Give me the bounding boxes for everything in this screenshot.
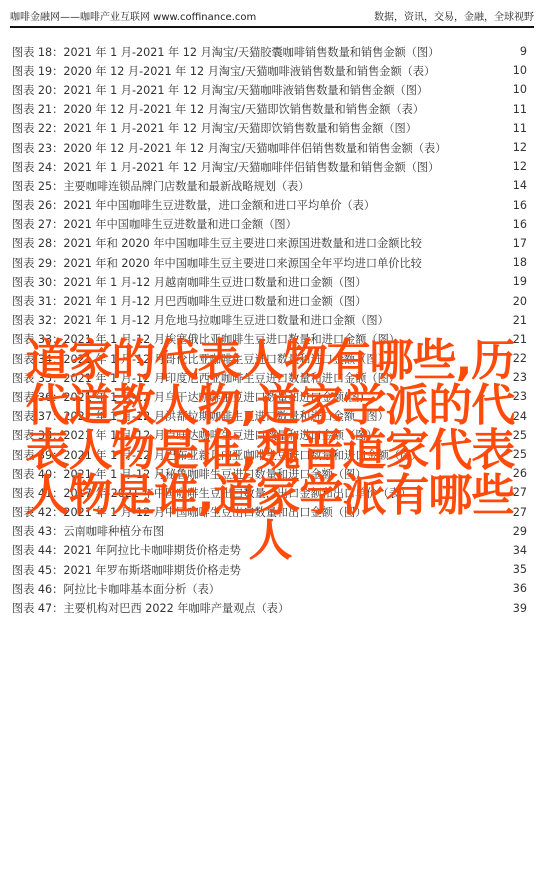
toc-entry-label: 图表 45：2021 年罗布斯塔咖啡期货价格走势 xyxy=(12,562,241,578)
toc-entry[interactable]: 图表 19：2020 年 12 月-2021 年 12 月淘宝/天猫咖啡液销售数… xyxy=(12,61,527,80)
header-tagline: 数据，资讯，交易，金融，全球视野 xyxy=(374,8,534,23)
toc-entry-label: 图表 46：阿拉比卡咖啡基本面分析（表） xyxy=(12,581,220,597)
toc-entry-page: 35 xyxy=(497,563,527,576)
toc-entry[interactable]: 图表 32：2021 年 1 月-12 月危地马拉咖啡生豆进口数量和进口金额（图… xyxy=(12,311,527,330)
toc-entry-label: 图表 23：2020 年 12 月-2021 年 12 月淘宝/天猫咖啡伴侣销售… xyxy=(12,140,446,156)
toc-entry[interactable]: 图表 21：2020 年 12 月-2021 年 12 月淘宝/天猫即饮销售数量… xyxy=(12,100,527,119)
toc-entry[interactable]: 图表 23：2020 年 12 月-2021 年 12 月淘宝/天猫咖啡伴侣销售… xyxy=(12,138,527,157)
toc-entry[interactable]: 图表 29：2021 年和 2020 年中国咖啡生豆主要进口来源国全年平均进口单… xyxy=(12,253,527,272)
toc-entry-page: 25 xyxy=(497,448,527,461)
toc-entry[interactable]: 图表 47：主要机构对巴西 2022 年咖啡产量观点（表）39 xyxy=(12,598,527,617)
toc-entry-label: 图表 26：2021 年中国咖啡生豆进数量，进口金额和进口平均单价（表） xyxy=(12,197,375,213)
toc-entry[interactable]: 图表 43：云南咖啡种植分布图29 xyxy=(12,522,527,541)
toc-entry-page: 16 xyxy=(497,199,527,212)
toc-entry-label: 图表 22：2021 年 1 月-2021 年 12 月淘宝/天猫即饮销售数量和… xyxy=(12,120,417,136)
toc-entry[interactable]: 图表 41：2017 年-2021 年中国咖啡生豆出口数量，出口金额和出口单价（… xyxy=(12,483,527,502)
toc-entry-label: 图表 27：2021 年中国咖啡生豆进数量和进口金额（图） xyxy=(12,216,297,232)
toc-entry-page: 25 xyxy=(497,429,527,442)
toc-entry-label: 图表 38：2021 年 1 月-12 月卢旺达咖啡生豆进口数量和进口金额（图） xyxy=(12,427,378,443)
toc-entry-page: 11 xyxy=(497,103,527,116)
toc-entry-label: 图表 20：2021 年 1 月-2021 年 12 月淘宝/天猫咖啡液销售数量… xyxy=(12,82,428,98)
toc-entry-page: 9 xyxy=(497,45,527,58)
toc-entry[interactable]: 图表 34：2021 年 1 月-12 月哥伦比亚咖啡生豆进口数量和进口金额（图… xyxy=(12,349,527,368)
toc-entry-label: 图表 33：2021 年 1 月-12 月埃塞俄比亚咖啡生豆进口数量和进口金额（… xyxy=(12,331,400,347)
toc-entry-label: 图表 32：2021 年 1 月-12 月危地马拉咖啡生豆进口数量和进口金额（图… xyxy=(12,312,389,328)
toc-entry[interactable]: 图表 37：2021 年 1 月-12 月洪都拉斯咖啡生豆进口数量和进口金额（图… xyxy=(12,407,527,426)
toc-entry[interactable]: 图表 35：2021 年 1 月-12 月印度尼西亚咖啡生豆进口数量和进口金额（… xyxy=(12,368,527,387)
toc-entry[interactable]: 图表 30：2021 年 1 月-12 月越南咖啡生豆进口数量和进口金额（图）1… xyxy=(12,272,527,291)
toc-entry-label: 图表 47：主要机构对巴西 2022 年咖啡产量观点（表） xyxy=(12,600,289,616)
toc-entry-page: 22 xyxy=(497,352,527,365)
toc-entry-label: 图表 37：2021 年 1 月-12 月洪都拉斯咖啡生豆进口数量和进口金额（图… xyxy=(12,408,389,424)
toc-entry[interactable]: 图表 24：2021 年 1 月-2021 年 12 月淘宝/天猫咖啡伴侣销售数… xyxy=(12,157,527,176)
toc-entry-page: 16 xyxy=(497,218,527,231)
toc-entry-page: 23 xyxy=(497,371,527,384)
toc-entry-label: 图表 36：2021 年 1 月-12 月乌干达咖啡生豆进口数量和进口金额(图) xyxy=(12,389,364,405)
toc-entry-page: 21 xyxy=(497,333,527,346)
toc-entry-page: 24 xyxy=(497,410,527,423)
toc-entry[interactable]: 图表 44：2021 年阿拉比卡咖啡期货价格走势34 xyxy=(12,541,527,560)
toc-entry-page: 34 xyxy=(497,544,527,557)
toc-entry-page: 19 xyxy=(497,275,527,288)
toc-entry-label: 图表 19：2020 年 12 月-2021 年 12 月淘宝/天猫咖啡液销售数… xyxy=(12,63,435,79)
toc-entry[interactable]: 图表 25：主要咖啡连锁品牌门店数量和最新战略规划（表）14 xyxy=(12,176,527,195)
toc-entry-label: 图表 29：2021 年和 2020 年中国咖啡生豆主要进口来源国全年平均进口单… xyxy=(12,255,422,271)
toc-entry-page: 18 xyxy=(497,256,527,269)
toc-entry-label: 图表 24：2021 年 1 月-2021 年 12 月淘宝/天猫咖啡伴侣销售数… xyxy=(12,159,439,175)
toc-entry-label: 图表 30：2021 年 1 月-12 月越南咖啡生豆进口数量和进口金额（图） xyxy=(12,274,366,290)
toc-entry[interactable]: 图表 18：2021 年 1 月-2021 年 12 月淘宝/天猫胶囊咖啡销售数… xyxy=(12,42,527,61)
toc-entry-page: 11 xyxy=(497,122,527,135)
toc-entry-label: 图表 43：云南咖啡种植分布图 xyxy=(12,523,164,539)
toc-entry[interactable]: 图表 27：2021 年中国咖啡生豆进数量和进口金额（图）16 xyxy=(12,215,527,234)
toc-entry-label: 图表 39：2021 年 1 月-12 月巴布亚新几内亚咖啡生豆进口数量和进口金… xyxy=(12,447,422,463)
toc-entry-page: 14 xyxy=(497,179,527,192)
toc-entry[interactable]: 图表 38：2021 年 1 月-12 月卢旺达咖啡生豆进口数量和进口金额（图）… xyxy=(12,426,527,445)
toc-entry[interactable]: 图表 40：2021 年 1 月-12 月秘鲁咖啡生豆进口数量和进口金额（图）2… xyxy=(12,464,527,483)
toc-entry[interactable]: 图表 22：2021 年 1 月-2021 年 12 月淘宝/天猫即饮销售数量和… xyxy=(12,119,527,138)
toc-entry[interactable]: 图表 31：2021 年 1 月-12 月巴西咖啡生豆进口数量和进口金额（图）2… xyxy=(12,291,527,310)
toc-entry[interactable]: 图表 39：2021 年 1 月-12 月巴布亚新几内亚咖啡生豆进口数量和进口金… xyxy=(12,445,527,464)
toc-entry-label: 图表 41：2017 年-2021 年中国咖啡生豆出口数量，出口金额和出口单价（… xyxy=(12,485,411,501)
toc-entry[interactable]: 图表 42：2021 年 1 月-12 月中国咖啡生豆出口数量和出口金额（图）2… xyxy=(12,503,527,522)
header-site-name: 咖啡金融网——咖啡产业互联网 www.coffinance.com xyxy=(10,8,256,23)
toc-entry[interactable]: 图表 26：2021 年中国咖啡生豆进数量，进口金额和进口平均单价（表）16 xyxy=(12,196,527,215)
toc-entry-page: 21 xyxy=(497,314,527,327)
toc-entry-page: 27 xyxy=(497,486,527,499)
toc-entry-label: 图表 34：2021 年 1 月-12 月哥伦比亚咖啡生豆进口数量和进口金额（图… xyxy=(12,351,389,367)
page-header: 咖啡金融网——咖啡产业互联网 www.coffinance.com 数据，资讯，… xyxy=(10,6,534,24)
toc-entry-page: 27 xyxy=(497,506,527,519)
toc-entry-label: 图表 40：2021 年 1 月-12 月秘鲁咖啡生豆进口数量和进口金额（图） xyxy=(12,466,366,482)
toc-entry-label: 图表 31：2021 年 1 月-12 月巴西咖啡生豆进口数量和进口金额（图） xyxy=(12,293,366,309)
toc-entry-label: 图表 25：主要咖啡连锁品牌门店数量和最新战略规划（表） xyxy=(12,178,309,194)
toc-entry-label: 图表 28：2021 年和 2020 年中国咖啡生豆主要进口来源国进数量和进口金… xyxy=(12,235,422,251)
toc-entry[interactable]: 图表 36：2021 年 1 月-12 月乌干达咖啡生豆进口数量和进口金额(图)… xyxy=(12,387,527,406)
toc-entry-label: 图表 44：2021 年阿拉比卡咖啡期货价格走势 xyxy=(12,542,241,558)
toc-entry-page: 20 xyxy=(497,295,527,308)
toc-entry-page: 12 xyxy=(497,141,527,154)
toc-entry-page: 39 xyxy=(497,602,527,615)
toc-entry[interactable]: 图表 20：2021 年 1 月-2021 年 12 月淘宝/天猫咖啡液销售数量… xyxy=(12,80,527,99)
toc-entry-page: 17 xyxy=(497,237,527,250)
toc-entry-label: 图表 35：2021 年 1 月-12 月印度尼西亚咖啡生豆进口数量和进口金额（… xyxy=(12,370,400,386)
toc-entry-page: 12 xyxy=(497,160,527,173)
toc-entry-label: 图表 42：2021 年 1 月-12 月中国咖啡生豆出口数量和出口金额（图） xyxy=(12,504,366,520)
toc-entry-page: 26 xyxy=(497,467,527,480)
toc-entry-label: 图表 18：2021 年 1 月-2021 年 12 月淘宝/天猫胶囊咖啡销售数… xyxy=(12,44,439,60)
toc-entry-page: 23 xyxy=(497,390,527,403)
toc-entry[interactable]: 图表 45：2021 年罗布斯塔咖啡期货价格走势35 xyxy=(12,560,527,579)
header-divider xyxy=(10,26,534,28)
toc-entry-page: 10 xyxy=(497,64,527,77)
toc-entry-label: 图表 21：2020 年 12 月-2021 年 12 月淘宝/天猫即饮销售数量… xyxy=(12,101,424,117)
toc-entry-page: 29 xyxy=(497,525,527,538)
toc-entry-page: 36 xyxy=(497,582,527,595)
table-of-figures: 图表 18：2021 年 1 月-2021 年 12 月淘宝/天猫胶囊咖啡销售数… xyxy=(12,42,527,618)
toc-entry[interactable]: 图表 28：2021 年和 2020 年中国咖啡生豆主要进口来源国进数量和进口金… xyxy=(12,234,527,253)
toc-entry[interactable]: 图表 33：2021 年 1 月-12 月埃塞俄比亚咖啡生豆进口数量和进口金额（… xyxy=(12,330,527,349)
toc-entry[interactable]: 图表 46：阿拉比卡咖啡基本面分析（表）36 xyxy=(12,579,527,598)
toc-entry-page: 10 xyxy=(497,83,527,96)
